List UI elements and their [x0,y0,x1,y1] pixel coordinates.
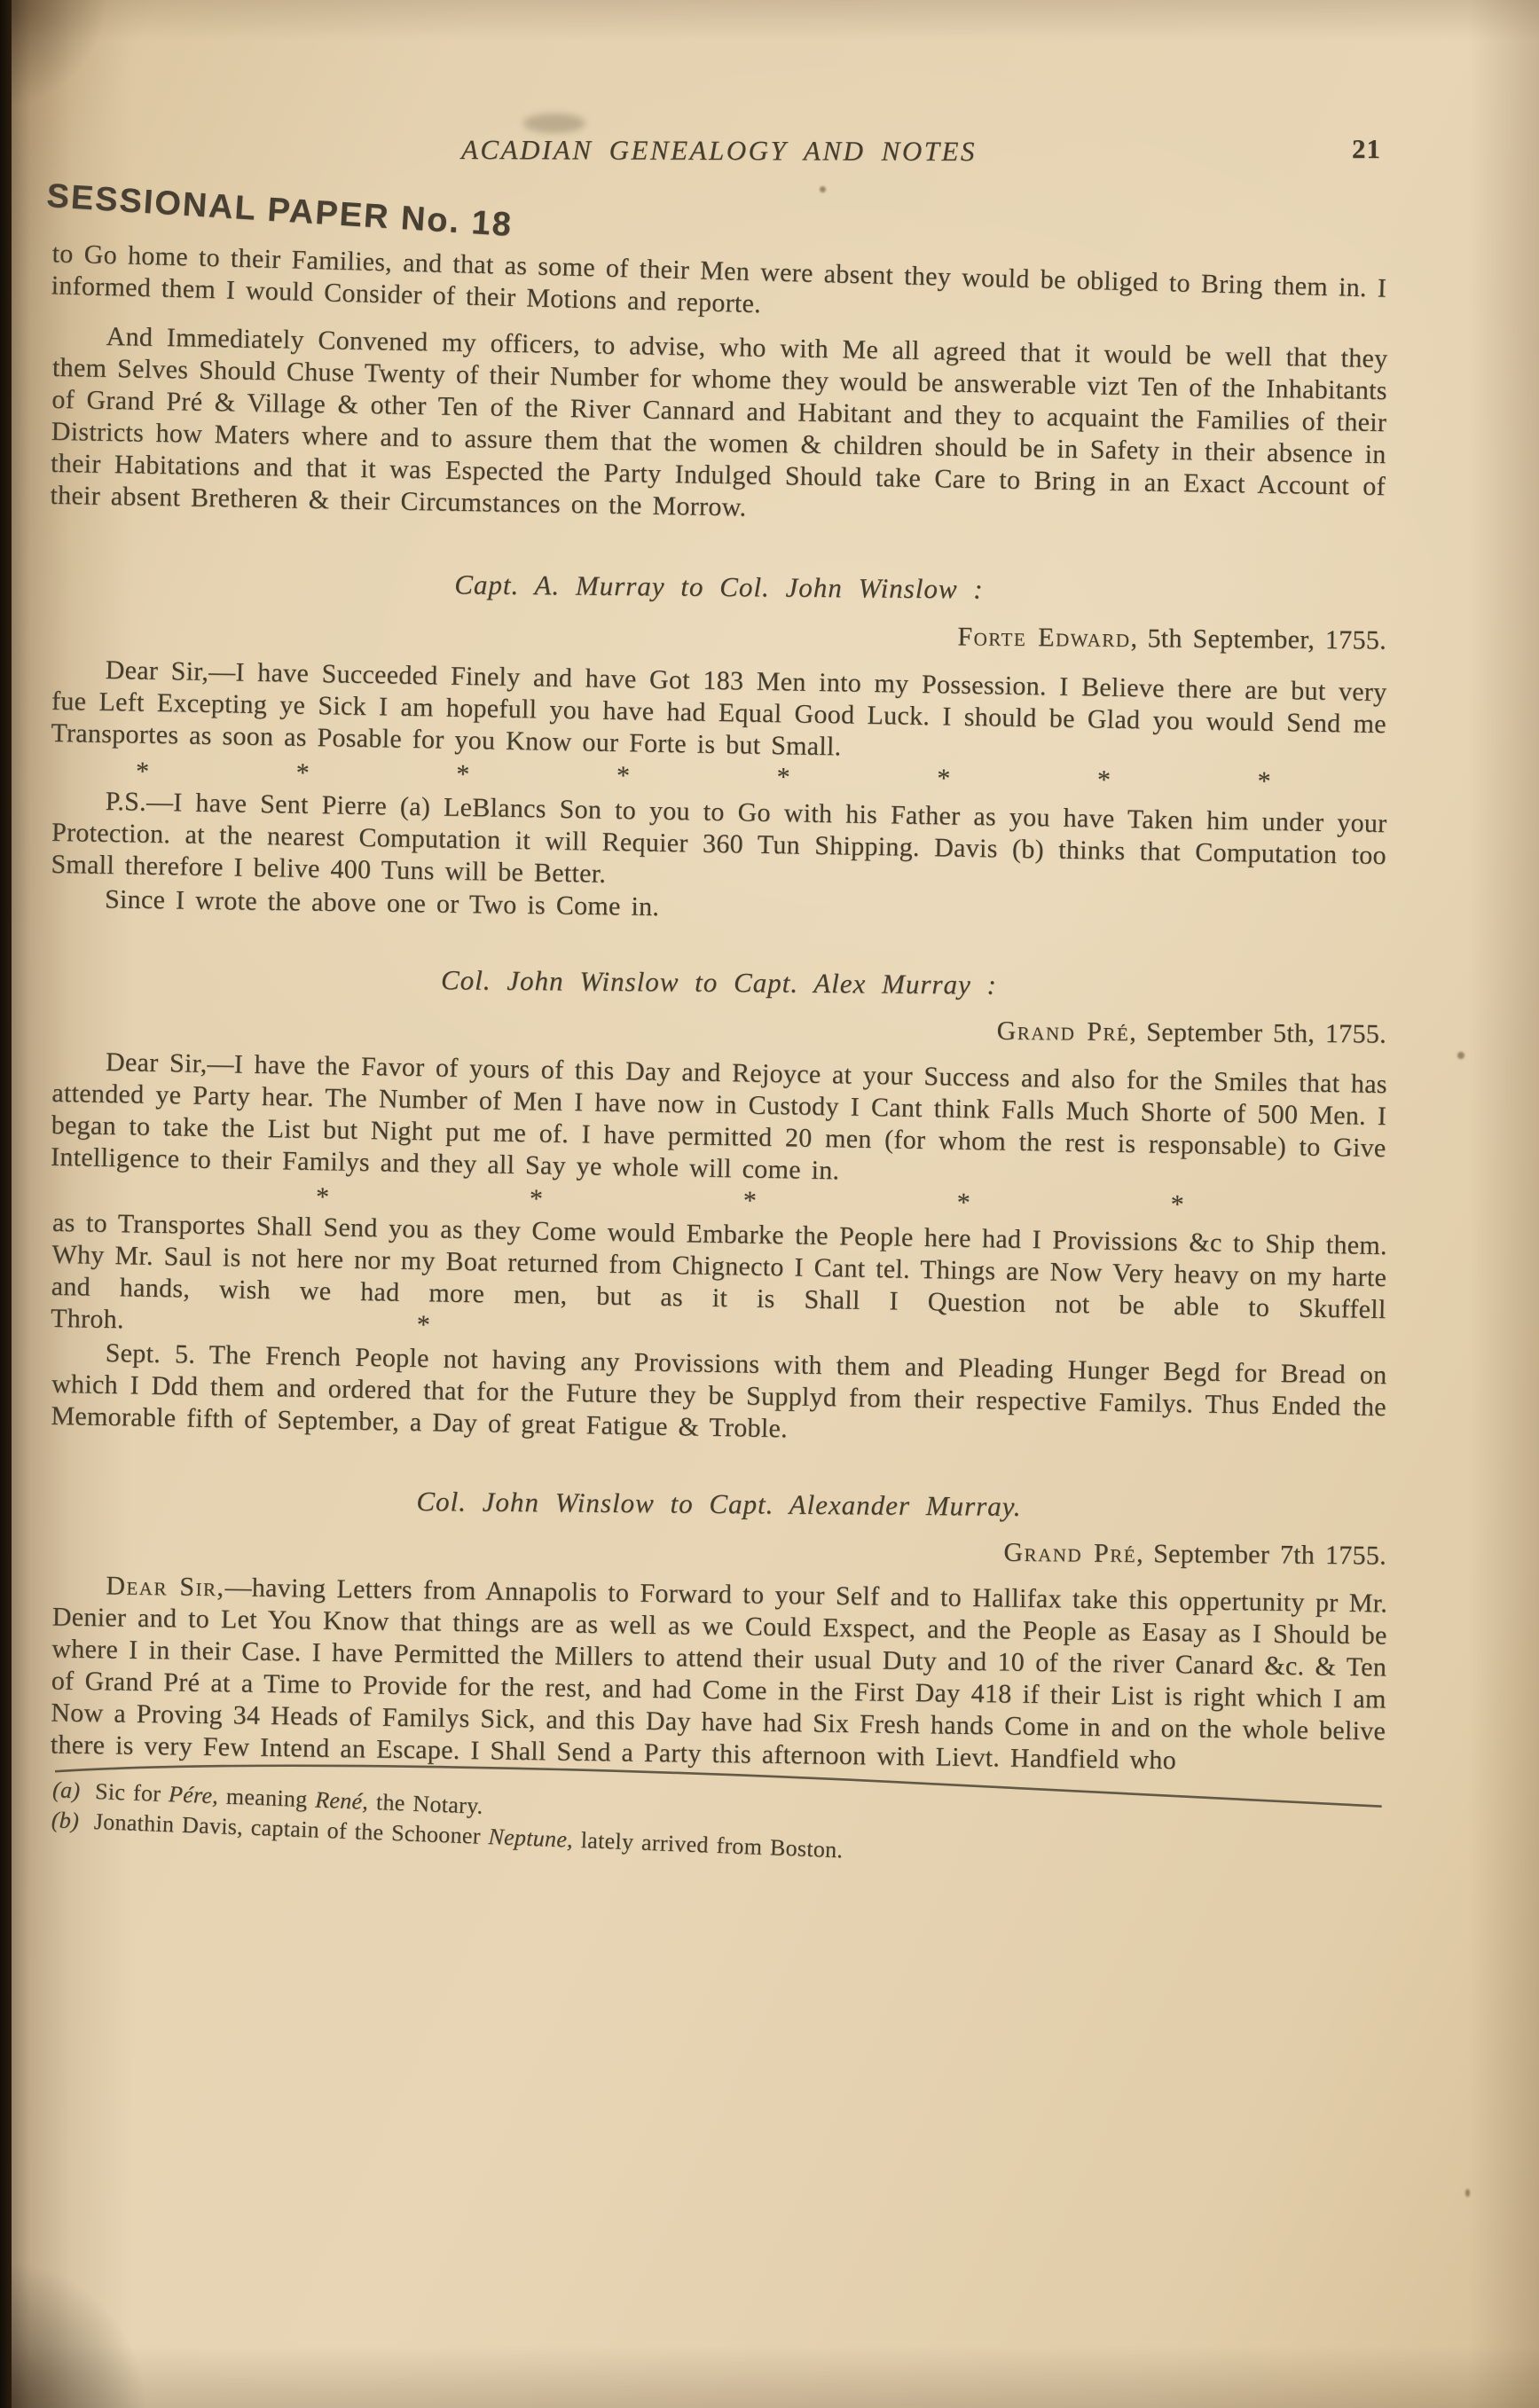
dateline-place: Forte Edward, [957,622,1138,653]
salutation: Dear Sir, [106,1571,225,1602]
asterisk: * [616,760,631,792]
asterisk: * [1257,765,1271,797]
footnote-italic: Pére, [169,1781,219,1808]
page-number: 21 [1352,133,1381,165]
footnote-text: Sic for [87,1778,169,1808]
dateline-date: September 7th 1755. [1153,1539,1386,1570]
paragraph-continuation: to Go home to their Families, and that a… [51,238,1386,336]
paper-speck [1457,1052,1464,1059]
paragraph-text: —having Letters from Annapolis to Forwar… [51,1573,1388,1775]
page-header-title: ACADIAN GENEALOGY AND NOTES [51,132,1386,169]
footnote-marker: (b) [51,1807,79,1833]
letter-heading-murray-to-winslow: Capt. A. Murray to Col. John Winslow : [51,561,1386,612]
paper-smudge [523,114,585,133]
letter-dateline-grand-pre-sept7: Grand Pré,September 7th 1755. [51,1526,1386,1573]
asterisk: * [776,762,790,794]
paragraph-winslow-sept7: Dear Sir,—having Letters from Annapolis … [51,1570,1388,1780]
footnote-text: the Notary. [368,1789,483,1819]
asterisk: * [937,763,951,795]
asterisk: * [316,1181,330,1213]
letter-heading-winslow-to-alexander-murray: Col. John Winslow to Capt. Alexander Mur… [51,1479,1386,1529]
scanned-book-page: ACADIAN GENEALOGY AND NOTES 21 SESSIONAL… [0,0,1539,2408]
asterisk: * [1097,765,1111,796]
paragraph-convened-officers: And Immediately Convened my officers, to… [50,320,1388,535]
dateline-date: 5th September, 1755. [1147,624,1386,655]
dateline-place: Grand Pré, [1003,1538,1144,1568]
dateline-date: September 5th, 1755. [1146,1017,1386,1048]
dateline-place: Grand Pré, [997,1016,1138,1047]
footnote-text: meaning [218,1783,316,1812]
page-body: to Go home to their Families, and that a… [51,255,1386,1861]
asterisk: * [416,1310,430,1339]
paper-speck [820,186,826,192]
paragraph-transportes: as to Transportes Shall Send you as they… [51,1207,1387,1358]
asterisk: * [957,1187,971,1219]
asterisk: * [743,1185,758,1217]
asterisk: * [136,756,150,788]
asterisk: * [456,758,470,790]
footnote-italic: René, [315,1787,369,1815]
paragraph-winslow-reply: Dear Sir,—I have the Favor of yours of t… [51,1046,1387,1196]
sessional-paper-line: SESSIONAL PAPER No. 18 [45,177,514,245]
footnote-marker: (a) [52,1777,81,1803]
asterisk: * [1171,1188,1185,1220]
paragraph-text: as to Transportes Shall Send you as they… [51,1208,1387,1334]
footnote-italic: Neptune, [488,1824,574,1853]
paper-speck [1465,2189,1470,2197]
asterisk: * [296,757,310,789]
asterisk: * [530,1183,544,1215]
book-spine-shadow [0,0,12,2408]
letter-dateline-grand-pre-sept5: Grand Pré,September 5th, 1755. [51,1005,1386,1052]
letter-dateline-forte-edward: Forte Edward,5th September, 1755. [51,611,1386,658]
paragraph-murray-letter: Dear Sir,—I have Succeeded Finely and ha… [51,654,1387,773]
letter-heading-winslow-to-murray: Col. John Winslow to Capt. Alex Murray : [51,957,1386,1008]
